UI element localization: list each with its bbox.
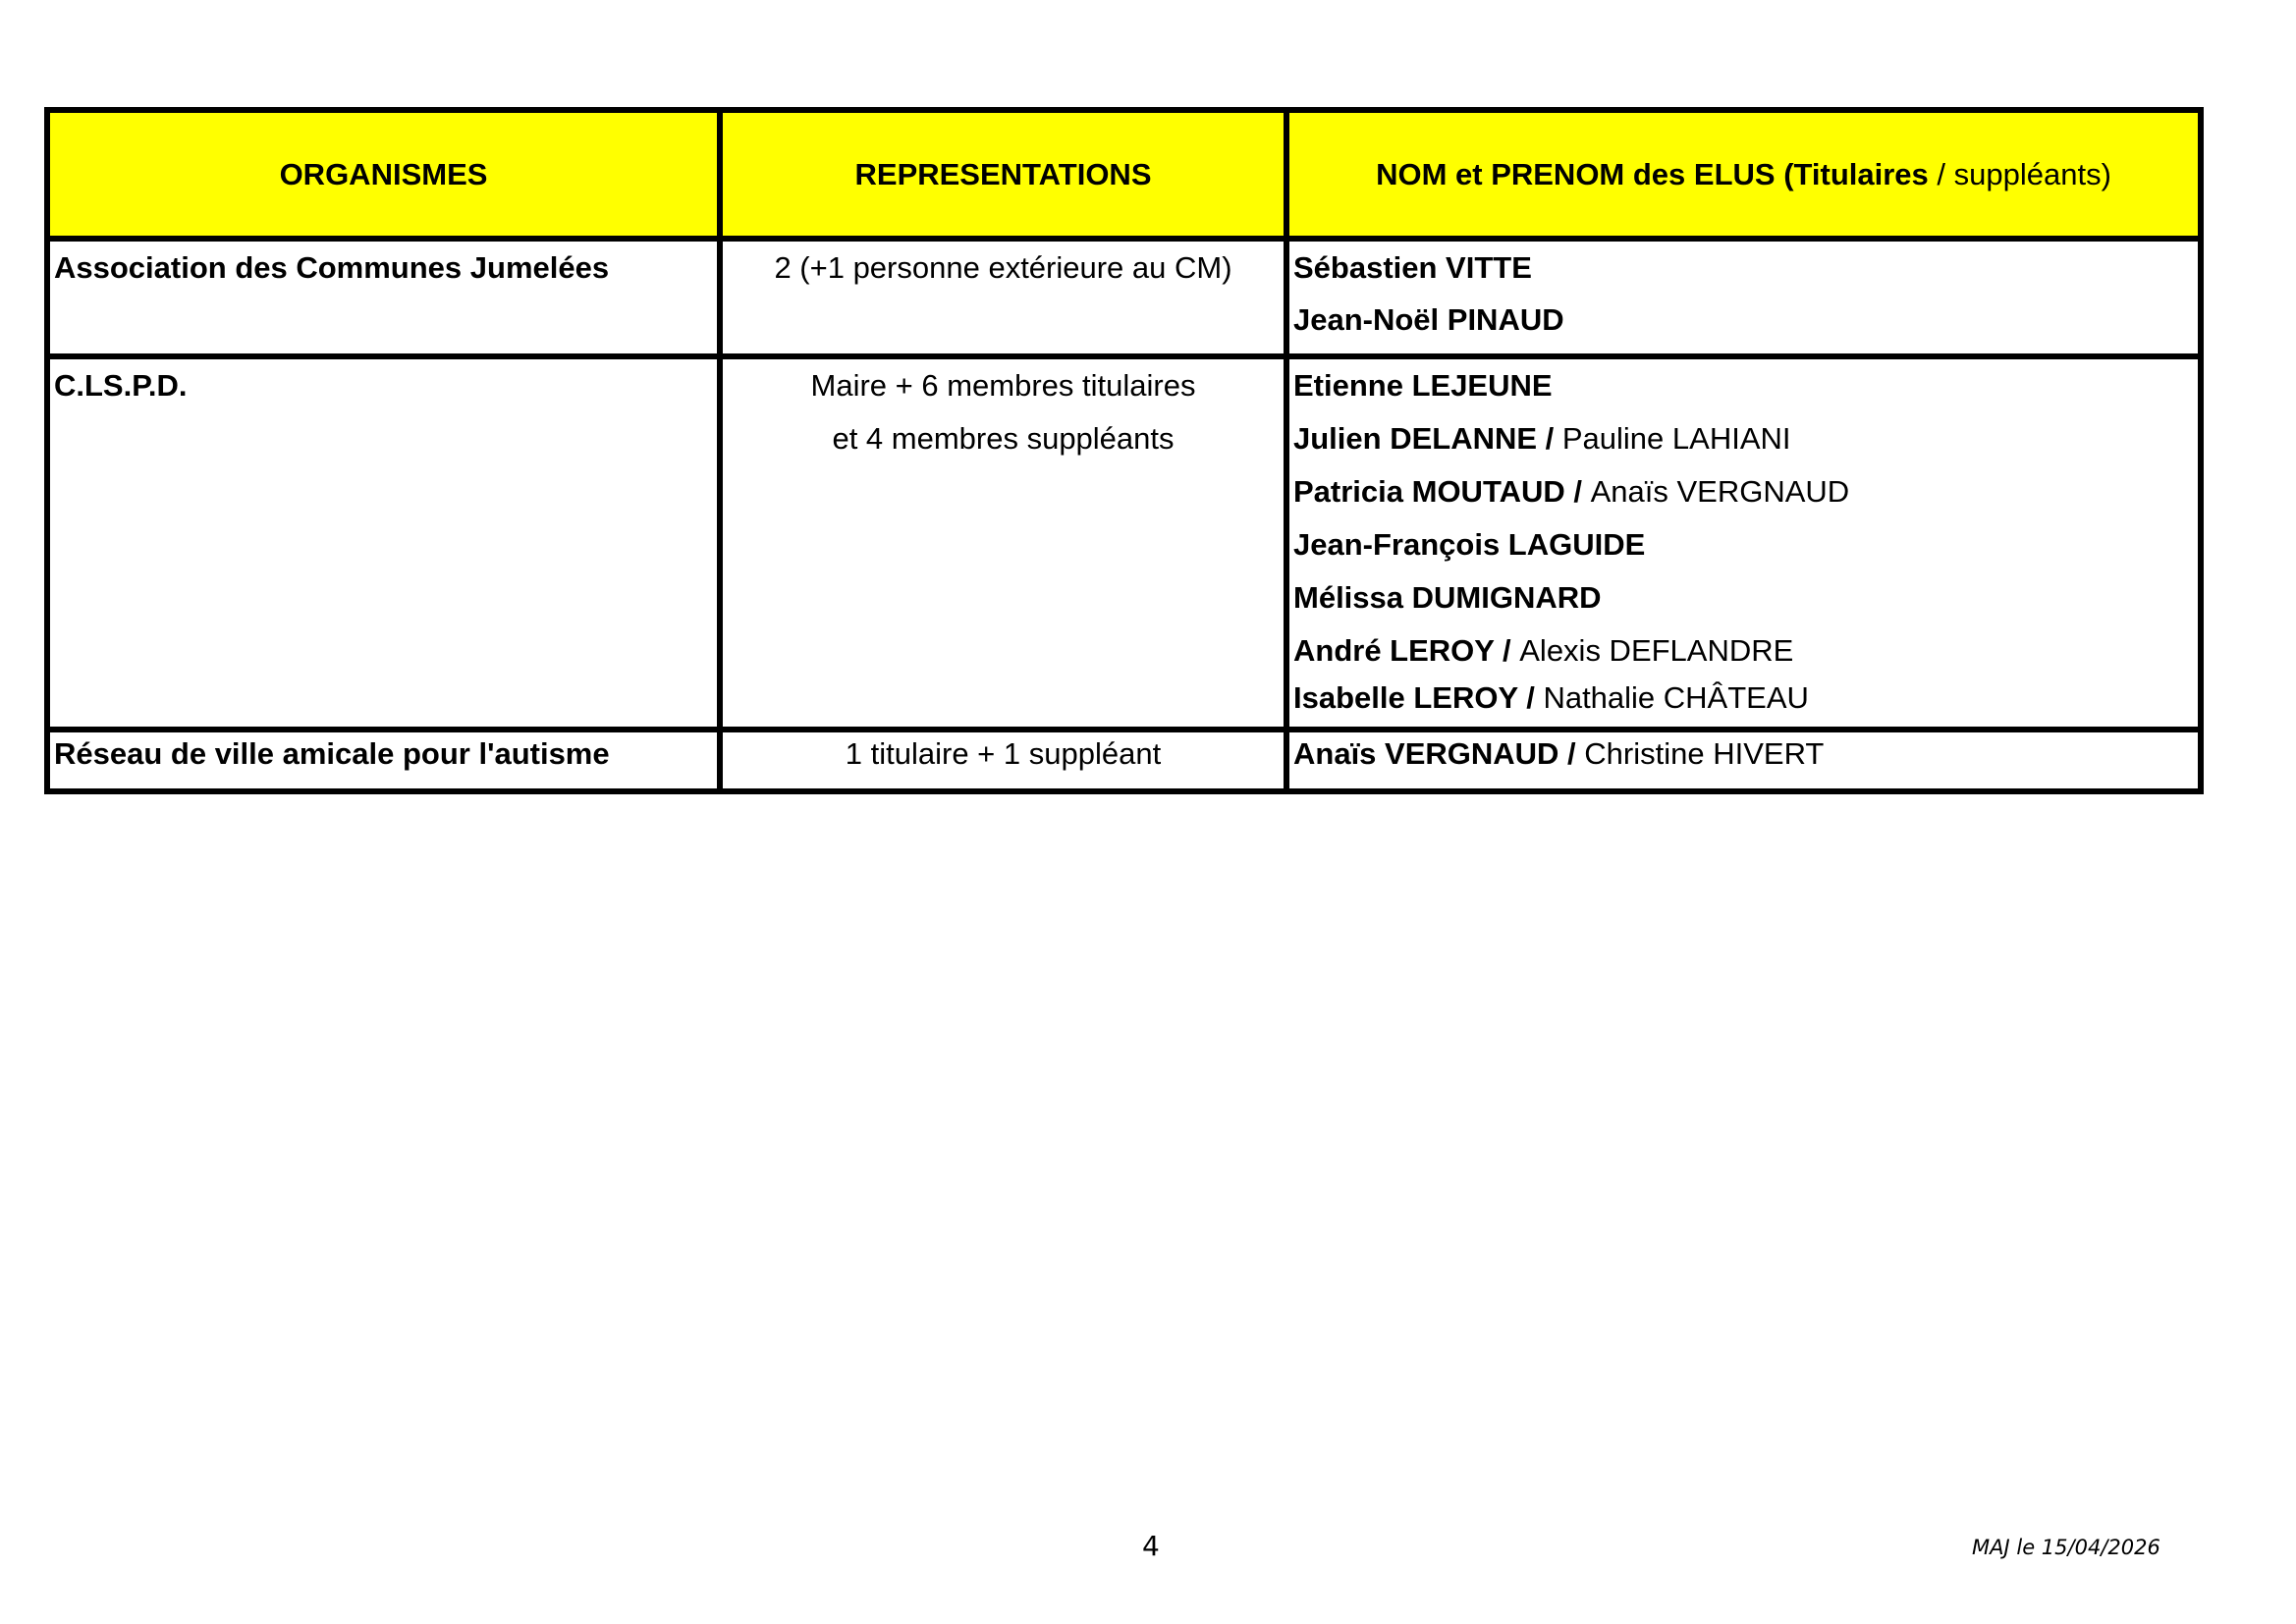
header-organismes: ORGANISMES [47,110,720,239]
organisme-cell: Réseau de ville amicale pour l'autisme [47,730,720,791]
organisme-cell: Association des Communes Jumelées [47,239,720,356]
elu-entry: Isabelle LEROY / Nathalie CHÂTEAU [1293,679,2198,727]
name-separator: / [1558,736,1584,771]
elu-entry: Anaïs VERGNAUD / Christine HIVERT [1293,735,2198,787]
representation-line: 1 titulaire + 1 suppléant [723,735,1284,788]
suppleant-name: Alexis DEFLANDRE [1519,633,1793,668]
titulaire-name: Etienne LEJEUNE [1293,368,1553,403]
titulaire-name: Mélissa DUMIGNARD [1293,580,1602,615]
organismes-table: ORGANISMES REPRESENTATIONS NOM et PRENOM… [44,107,2204,794]
elu-entry: Jean-François LAGUIDE [1293,526,2198,579]
elu-entry: Julien DELANNE / Pauline LAHIANI [1293,420,2198,473]
page-number: 4 [1142,1530,1160,1562]
header-elus-suppleants: suppléants) [1954,157,2111,191]
elus-cell: Sébastien VITTEJean-Noël PINAUD [1286,239,2201,356]
titulaire-name: Julien DELANNE [1293,421,1537,456]
titulaire-name: Jean-Noël PINAUD [1293,302,1564,337]
representation-cell: 1 titulaire + 1 suppléant [720,730,1286,791]
elu-entry: Etienne LEJEUNE [1293,367,2198,420]
suppleant-name: Anaïs VERGNAUD [1591,474,1850,509]
titulaire-name: Isabelle LEROY [1293,680,1518,715]
elu-entry: Sébastien VITTE [1293,249,2198,301]
header-elus-separator: / [1929,157,1954,191]
elu-entry: Jean-Noël PINAUD [1293,301,2198,353]
header-representations: REPRESENTATIONS [720,110,1286,239]
header-elus: NOM et PRENOM des ELUS (Titulaires / sup… [1286,110,2201,239]
titulaire-name: Anaïs VERGNAUD [1293,736,1558,771]
name-separator: / [1565,474,1591,509]
titulaire-name: Sébastien VITTE [1293,250,1532,285]
titulaire-name: Patricia MOUTAUD [1293,474,1565,509]
representation-cell: Maire + 6 membres titulaireset 4 membres… [720,356,1286,730]
header-elus-titulaires: NOM et PRENOM des ELUS (Titulaires [1376,157,1929,191]
elu-entry: Mélissa DUMIGNARD [1293,579,2198,632]
representation-cell: 2 (+1 personne extérieure au CM) [720,239,1286,356]
organisme-cell: C.LS.P.D. [47,356,720,730]
name-separator: / [1494,633,1519,668]
document-page: ORGANISMES REPRESENTATIONS NOM et PRENOM… [0,0,2296,1624]
elu-entry: André LEROY / Alexis DEFLANDRE [1293,632,2198,679]
suppleant-name: Pauline LAHIANI [1562,421,1791,456]
suppleant-name: Nathalie CHÂTEAU [1543,680,1808,715]
titulaire-name: André LEROY [1293,633,1494,668]
titulaire-name: Jean-François LAGUIDE [1293,527,1645,562]
elu-entry: Patricia MOUTAUD / Anaïs VERGNAUD [1293,473,2198,526]
table-header-row: ORGANISMES REPRESENTATIONS NOM et PRENOM… [47,110,2201,239]
table-row: Réseau de ville amicale pour l'autisme1 … [47,730,2201,791]
suppleant-name: Christine HIVERT [1584,736,1824,771]
representation-line: et 4 membres suppléants [723,420,1284,473]
update-date: MAJ le 15/04/2026 [1972,1536,2160,1559]
representation-line: 2 (+1 personne extérieure au CM) [723,249,1284,302]
elus-cell: Anaïs VERGNAUD / Christine HIVERT [1286,730,2201,791]
table-row: Association des Communes Jumelées2 (+1 p… [47,239,2201,356]
name-separator: / [1518,680,1544,715]
representation-line: Maire + 6 membres titulaires [723,367,1284,420]
table-row: C.LS.P.D.Maire + 6 membres titulaireset … [47,356,2201,730]
name-separator: / [1537,421,1562,456]
elus-cell: Etienne LEJEUNEJulien DELANNE / Pauline … [1286,356,2201,730]
